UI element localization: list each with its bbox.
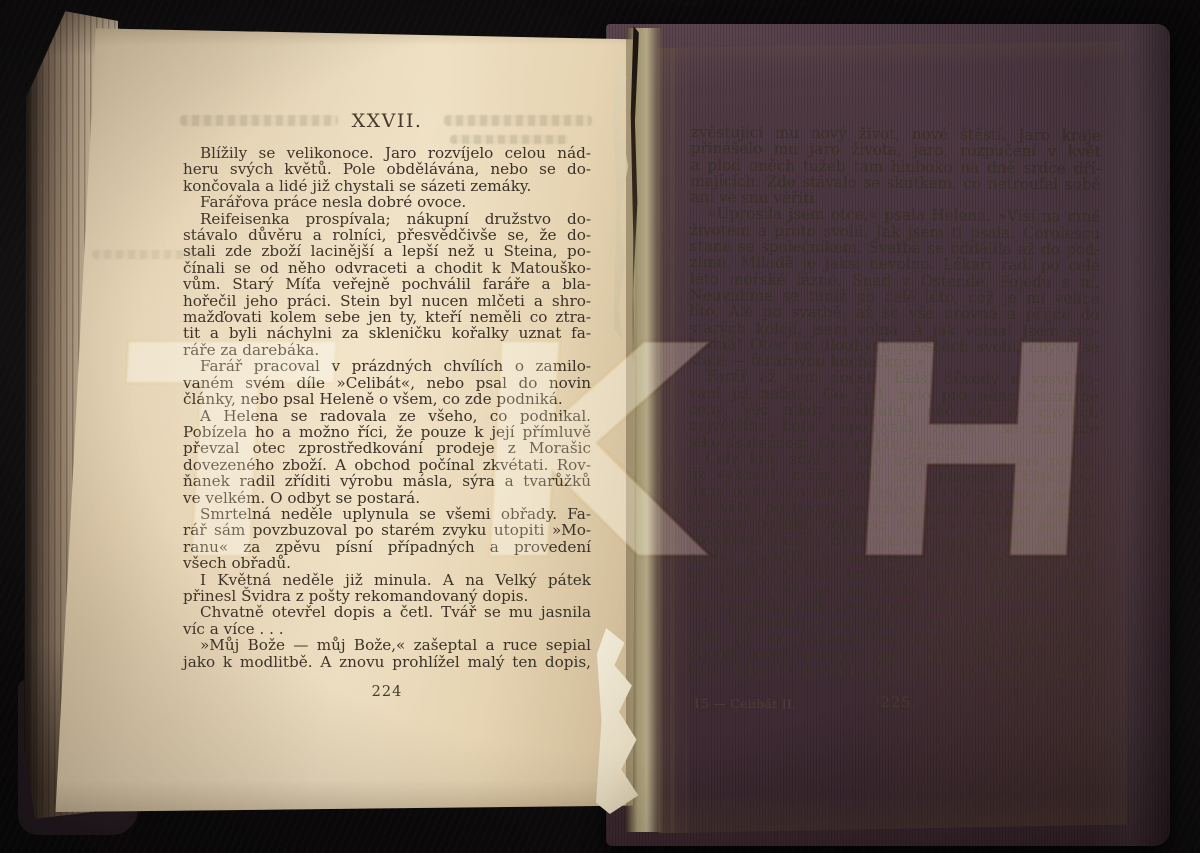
text-line: hrobu. Zasvětiti se samotě, pohřbíti seb… [687, 548, 1097, 568]
text-line: vům. Starý Míťa veřejně pochválil faráře… [183, 276, 591, 292]
text-line: rář sám povzbuzoval po starém zvyku utop… [183, 522, 591, 538]
text-line: tit a byli náchylni za skleničku kořalky… [183, 325, 591, 341]
text-line: se světa, postavení ve společnosti, nádh… [688, 499, 1098, 519]
right-page-number: 225 [861, 695, 931, 712]
text-line: hořečil jeho práci. Stein byl nucen mlče… [183, 293, 591, 309]
text-line: I Květná neděle již minula. A na Velký p… [183, 572, 591, 588]
bleed-through-smudge [92, 250, 212, 259]
text-line: čínali se od něho odvraceti a chodit k M… [183, 260, 591, 276]
text-line: zvěstující mu nový život, nové štěstí. J… [691, 124, 1101, 144]
paragraph: Farářova práce nesla dobré ovoce. [183, 194, 591, 210]
text-line: Chvatně otevřel dopis a četl. Tvář se mu… [183, 604, 591, 620]
text-line: Neuvidíme se tudíž po celé léto, což je … [689, 287, 1099, 307]
text-line: vání již nečetl. Co četl, bylo pro něho … [689, 385, 1099, 405]
page-crease [685, 40, 688, 834]
text-line: končovala a lidé již chystali se sázeti … [183, 178, 591, 194]
right-page-text-column: zvěstující mu nový život, nové štěstí. J… [686, 124, 1101, 682]
text-line: přinášelo mu jaro života, jaro, rozpučen… [691, 140, 1101, 160]
text-line: rozkoše požitků velikého světa a věnovat… [687, 515, 1097, 535]
text-line: mažďovati kolem sebe jen ty, kteří neměl… [183, 309, 591, 325]
text-line: Smrtelná neděle uplynula se všemi obřady… [183, 506, 591, 522]
text-line: ňanek radil zříditi výrobu másla, sýra a… [183, 473, 591, 489]
page-crease [671, 40, 674, 834]
right-page-body: zvěstující mu nový život, nové štěstí. J… [686, 124, 1101, 682]
text-line: Neměl smyslu pro nic, jen se nořil stále… [686, 645, 1096, 665]
text-line: Celý kraj zdál se mu krásnější, všechna … [688, 450, 1098, 470]
paragraph: Farář pracoval v prázdných chvílích o za… [183, 358, 591, 407]
left-page-number: 224 [183, 684, 591, 700]
paragraph: Celý kraj zdál se mu krásnější, všechna … [687, 450, 1098, 617]
text-line: všech obřadů. [183, 555, 591, 571]
text-line: Farář pracoval v prázdných chvílích o za… [183, 358, 591, 374]
text-line: stane se společníkem. Svatba se oddálila… [690, 238, 1100, 258]
paragraph: Blížily se velikonoce. Jaro rozvíjelo ce… [183, 145, 591, 194]
text-line: majících. Zde stávalo se skutkem, co net… [690, 173, 1100, 193]
text-line: jako k modlitbě. A znovu prohlížel malý … [183, 654, 591, 670]
text-line: líto. Ale po svatbě, až se vše urovná a … [689, 303, 1099, 323]
paragraph: V myšlenkách pohřížen, chodil po pokoji.… [686, 613, 1097, 682]
text-line: stali zde zboží lacinější a lepší než u … [183, 243, 591, 259]
text-line: bodná! Otec po dlouhých prosbách svolil,… [689, 336, 1099, 356]
left-page-text-column: XXVII. Blížily se velikonoce. Jaro rozví… [183, 110, 591, 670]
text-line: heru svých květů. Pole obdělávána, nebo … [183, 161, 591, 177]
paragraph: Reifeisenka prospívala; nákupní družstvo… [183, 211, 591, 359]
paragraph: »Můj Bože — můj Bože,« zašeptal a ruce s… [183, 637, 591, 670]
paragraph: A Helena se radovala ze všeho, co podnik… [183, 408, 591, 506]
text-line: Farář až sem dočetl. Další důvody a vysv… [689, 368, 1099, 388]
text-line: čeře, již mu přinesla Beránková, stála n… [686, 629, 1096, 649]
text-line: Pobízela ho a možno říci, že pouze k jej… [183, 424, 591, 440]
bleed-through-smudge [444, 115, 592, 126]
text-line: Reifeisenka prospívala; nákupní družstvo… [183, 211, 591, 227]
text-line: A Helena se radovala ze všeho, co podnik… [183, 408, 591, 424]
text-line: starých kolejí, jsem volna. A jak volna!… [689, 320, 1099, 340]
text-line: listu. Jako by nevěřil, jako by to byl p… [686, 662, 1096, 682]
text-line: převzal otec zprostředkování prodeje z M… [183, 440, 591, 456]
paragraph: »Uprosila jsem otce,« psala Helena. »Vis… [689, 205, 1100, 372]
text-line: »Můj Bože — můj Bože,« zašeptal a ruce s… [183, 637, 591, 653]
text-line: čednic prvých dob křesťanství! — [687, 597, 1097, 617]
text-line: likou oběť této dívky; chápal, co to zna… [688, 483, 1098, 503]
text-line: největšího bolu nepomyslil, zjevuje se m… [688, 417, 1098, 437]
text-line: V myšlenkách pohřížen, chodil po pokoji.… [687, 613, 1097, 633]
left-page: XXVII. Blížily se velikonoce. Jaro rozví… [52, 22, 637, 812]
paragraph: Farář až sem dočetl. Další důvody a vysv… [688, 368, 1099, 453]
text-line: jako skutečnost. Ona přijde, Helena. [688, 434, 1098, 454]
text-line: články, nebo psal Heleně o všem, co zde … [183, 391, 591, 407]
bleed-through-smudge [180, 115, 338, 126]
signature-mark: 15 — Celibát II. [693, 697, 797, 712]
text-line: stala — farářovou kuchařkou.« [689, 352, 1099, 372]
paragraph: I Květná neděle již minula. A na Velký p… [183, 572, 591, 605]
text-line: vaném svém díle »Celibát«, nebo psal do … [183, 375, 591, 391]
text-line: již vykonal, ničím proti této události. … [688, 466, 1098, 486]
text-line: ani ve snu věřiti. [690, 189, 1100, 209]
chapter-heading: XXVII. [183, 110, 591, 132]
text-line: kovskému faráři; život slunce zaměniti z… [687, 531, 1097, 551]
text-line: dovezeného zboží. A obchod počínal zkvét… [183, 457, 591, 473]
book-photo: XXVII. Blížily se velikonoce. Jaro rozví… [0, 0, 1200, 853]
bleed-through-smudge [450, 135, 568, 144]
paragraph: Smrtelná neděle uplynula se všemi obřady… [183, 506, 591, 572]
paragraph: Chvatně otevřel dopis a četl. Tvář se mu… [183, 604, 591, 637]
text-line: ranu« za zpěvu písní případných a proved… [183, 539, 591, 555]
text-line: ceny. Več nikdy nedoufal, nač ani ve chv… [688, 401, 1098, 421]
text-line: ve velkém. O odbyt se postará. [183, 490, 591, 506]
text-line: přinesl Švidra z pošty rekomandovaný dop… [183, 588, 591, 604]
paragraph: zvěstující mu nový život, nové štěstí. J… [690, 124, 1101, 209]
left-page-body: Blížily se velikonoce. Jaro rozvíjelo ce… [183, 145, 591, 670]
text-line: léto mořské lázně. Snad v Ostende. Pojed… [690, 271, 1100, 291]
text-line: to duše, jaká to síla lásky, jaká obětav… [687, 580, 1097, 600]
text-line: zimu. Miladě je jaksi nevolno. Lékaři ra… [690, 254, 1100, 274]
text-line: stávalo důvěru a rolníci, přesvědčivše s… [183, 227, 591, 243]
text-line: své ideály v této mrtvolné hrůze odříkán… [687, 564, 1097, 584]
text-line: »Uprosila jsem otce,« psala Helena. »Vis… [690, 205, 1100, 225]
text-line: a plod oněch tužeb tam hluboko na dně sr… [691, 157, 1101, 177]
text-line: ráře za darebáka. [183, 342, 591, 358]
text-line: Blížily se velikonoce. Jaro rozvíjelo ce… [183, 145, 591, 161]
text-line: životem a proto svolil. Jak jsem ti psal… [690, 222, 1100, 242]
text-line: Farářova práce nesla dobré ovoce. [183, 194, 591, 210]
text-line: víc a více . . . [183, 621, 591, 637]
right-page: zvěstující mu nový život, nové štěstí. J… [655, 40, 1127, 834]
